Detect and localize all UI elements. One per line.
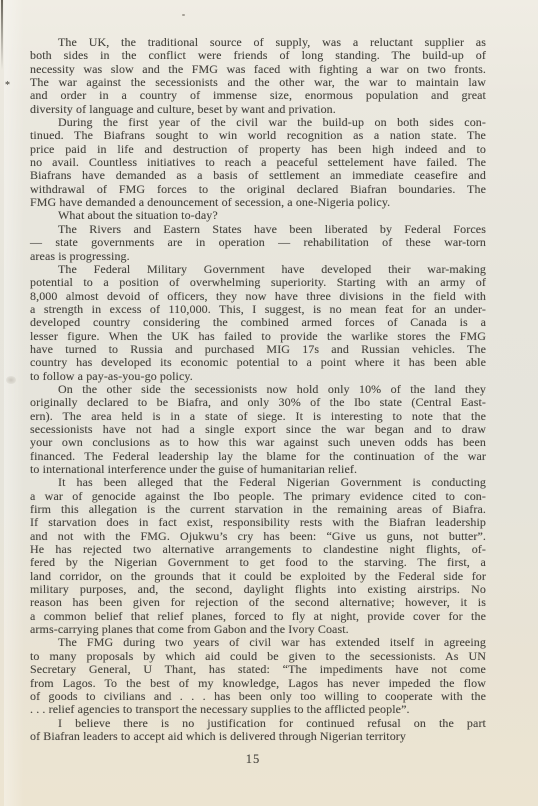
text-line: have turned to Russia and purchased MIG … <box>30 343 486 356</box>
text-line: If starvation does in fact exist, respon… <box>30 516 486 529</box>
text-line: necessity was slow and the FMG was faced… <box>30 63 486 76</box>
text-line: to international interference under the … <box>30 463 486 476</box>
text-line: military purposes, and, the second, dayl… <box>30 583 486 596</box>
text-line: of goods to civilians and . . . has been… <box>30 690 486 703</box>
text-line: a strength in excess of 110,000. This, I… <box>30 303 486 316</box>
text-line: to many proposals by which aid could be … <box>30 650 486 663</box>
text-line: potential to a position of overwhelming … <box>30 276 486 289</box>
text-line: The Federal Military Government have dev… <box>30 263 486 276</box>
scanned-book-page: * The UK, the traditional source of supp… <box>0 0 538 806</box>
text-line: 8,000 almost devoid of officers, they no… <box>30 290 486 303</box>
text-line: Secretary General, U Thant, has stated: … <box>30 663 486 676</box>
text-line: fered by the Nigerian Government to get … <box>30 556 486 569</box>
text-line: ern). The area held is in a state of sie… <box>30 410 486 423</box>
margin-asterisk: * <box>5 80 10 91</box>
text-line: He has rejected two alternative arrangem… <box>30 543 486 556</box>
text-line: diversity of language and culture, beset… <box>30 103 486 116</box>
text-line: developed country considering the combin… <box>30 316 486 329</box>
text-line: On the other side the secessionists now … <box>30 383 486 396</box>
text-line: The UK, the traditional source of supply… <box>30 36 486 49</box>
text-line: The war against the secessionists and th… <box>30 76 486 89</box>
text-line: Biafrans have demanded as a basis of set… <box>30 169 486 182</box>
text-line: The FMG during two years of civil war ha… <box>30 636 486 649</box>
body-text: The UK, the traditional source of supply… <box>30 36 486 743</box>
text-line: to follow a pay-as-you-go policy. <box>30 370 486 383</box>
text-line: It has been alleged that the Federal Nig… <box>30 476 486 489</box>
text-line: your own conclusions as to how this war … <box>30 436 486 449</box>
text-line: firm this allegation is the current star… <box>30 503 486 516</box>
text-line: and not with the FMG. Ojukwu’s cry has b… <box>30 530 486 543</box>
left-margin-highlight <box>4 0 24 806</box>
text-line: no avail. Countless initiatives to reach… <box>30 156 486 169</box>
scan-smudge <box>6 376 16 384</box>
text-line: — state governments are in operation — r… <box>30 236 486 249</box>
text-line: During the first year of the civil war t… <box>30 116 486 129</box>
scan-speck <box>182 14 185 16</box>
text-line: a common belief that relief planes, forc… <box>30 610 486 623</box>
text-line: financed. The Federal leadership lay the… <box>30 450 486 463</box>
text-line: FMG have demanded a denouncement of sece… <box>30 196 486 209</box>
text-line: withdrawal of FMG forces to the original… <box>30 183 486 196</box>
text-line: of Biafran leaders to accept aid which i… <box>30 730 486 743</box>
text-line: and order in a country of immense size, … <box>30 89 486 102</box>
text-line: a war of genocide against the Ibo people… <box>30 490 486 503</box>
text-line: reason has been given for rejection of t… <box>30 596 486 609</box>
text-line: secessionists have not had a single expo… <box>30 423 486 436</box>
page-number: 15 <box>30 752 476 767</box>
text-line: land corridor, on the grounds that it co… <box>30 570 486 583</box>
text-line: lesser figure. When the UK has failed to… <box>30 330 486 343</box>
text-line: . . . relief agencies to transport the n… <box>30 703 486 716</box>
text-line: tinued. The Biafrans sought to win world… <box>30 129 486 142</box>
text-line: price paid in life and destruction of pr… <box>30 143 486 156</box>
text-line: from Lagos. To the best of my knowledge,… <box>30 677 486 690</box>
text-line: I believe there is no justification for … <box>30 717 486 730</box>
text-line: The Rivers and Eastern States have been … <box>30 223 486 236</box>
text-line: country has developed its economic poten… <box>30 356 486 369</box>
scan-edge-shadow <box>1 0 3 70</box>
text-line: arms-carrying planes that come from Gabo… <box>30 623 486 636</box>
text-line: What about the situation to-day? <box>30 209 486 222</box>
text-line: both sides in the conflict were friends … <box>30 49 486 62</box>
text-line: areas is progressing. <box>30 250 486 263</box>
text-line: originally declared to be Biafra, and on… <box>30 396 486 409</box>
